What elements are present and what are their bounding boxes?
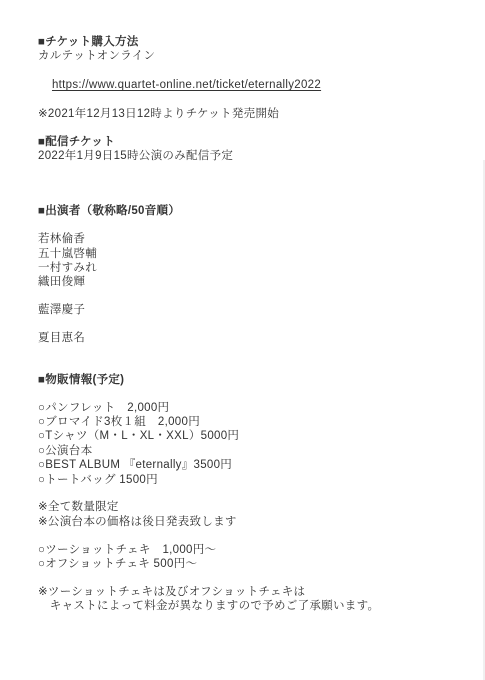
cast-name: 藍澤慶子 — [38, 303, 475, 317]
streaming-section-heading: ■配信チケット — [38, 135, 475, 149]
merch-item: ○パンフレット 2,000円 — [38, 401, 475, 415]
merch-item: ○BEST ALBUM 『eternally』3500円 — [38, 458, 475, 472]
cheki-item: ○ツーショットチェキ 1,000円〜 — [38, 543, 475, 557]
spacer — [38, 191, 475, 205]
spacer — [38, 290, 475, 304]
spacer — [38, 121, 475, 135]
spacer — [38, 487, 475, 501]
cast-name: 夏目恵名 — [38, 331, 475, 345]
ticket-url-link[interactable]: https://www.quartet-online.net/ticket/et… — [52, 79, 321, 91]
cast-name: 一村すみれ — [38, 261, 475, 275]
ticket-vendor: カルテットオンライン — [38, 49, 475, 63]
cheki-note-line: ※ツーショットチェキは及びオフショットチェキは — [38, 585, 475, 599]
merch-section-heading: ■物販情報(予定) — [38, 373, 475, 387]
merch-item: ○Tシャツ（M・L・XL・XXL）5000円 — [38, 429, 475, 443]
cast-name: 織田俊輝 — [38, 275, 475, 289]
cheki-note-line: キャストによって料金が異なりますので予めご了承願います。 — [38, 599, 475, 613]
spacer — [38, 387, 475, 401]
merch-note: ※公演台本の価格は後日発表致します — [38, 515, 475, 529]
spacer — [38, 359, 475, 373]
spacer — [38, 219, 475, 233]
cast-name: 五十嵐啓輔 — [38, 247, 475, 261]
streaming-schedule: 2022年1月9日15時公演のみ配信予定 — [38, 149, 475, 163]
spacer — [38, 572, 475, 586]
spacer — [38, 177, 475, 191]
spacer — [38, 529, 475, 543]
ticket-section-heading: ■チケット購入方法 — [38, 35, 475, 49]
merch-item: ○公演台本 — [38, 444, 475, 458]
merch-item: ○ブロマイド3枚１組 2,000円 — [38, 415, 475, 429]
cheki-item: ○オフショットチェキ 500円〜 — [38, 557, 475, 571]
merch-item: ○トートバッグ 1500円 — [38, 473, 475, 487]
cast-section-heading: ■出演者（敬称略/50音順） — [38, 204, 475, 218]
announcement-document: ■チケット購入方法 カルテットオンライン https://www.quartet… — [38, 35, 475, 614]
merch-note: ※全て数量限定 — [38, 500, 475, 514]
spacer — [38, 346, 475, 360]
cast-name: 若林倫香 — [38, 232, 475, 246]
ticket-sale-note: ※2021年12月13日12時よりチケット発売開始 — [38, 107, 475, 121]
spacer — [38, 318, 475, 332]
spacer — [38, 164, 475, 178]
